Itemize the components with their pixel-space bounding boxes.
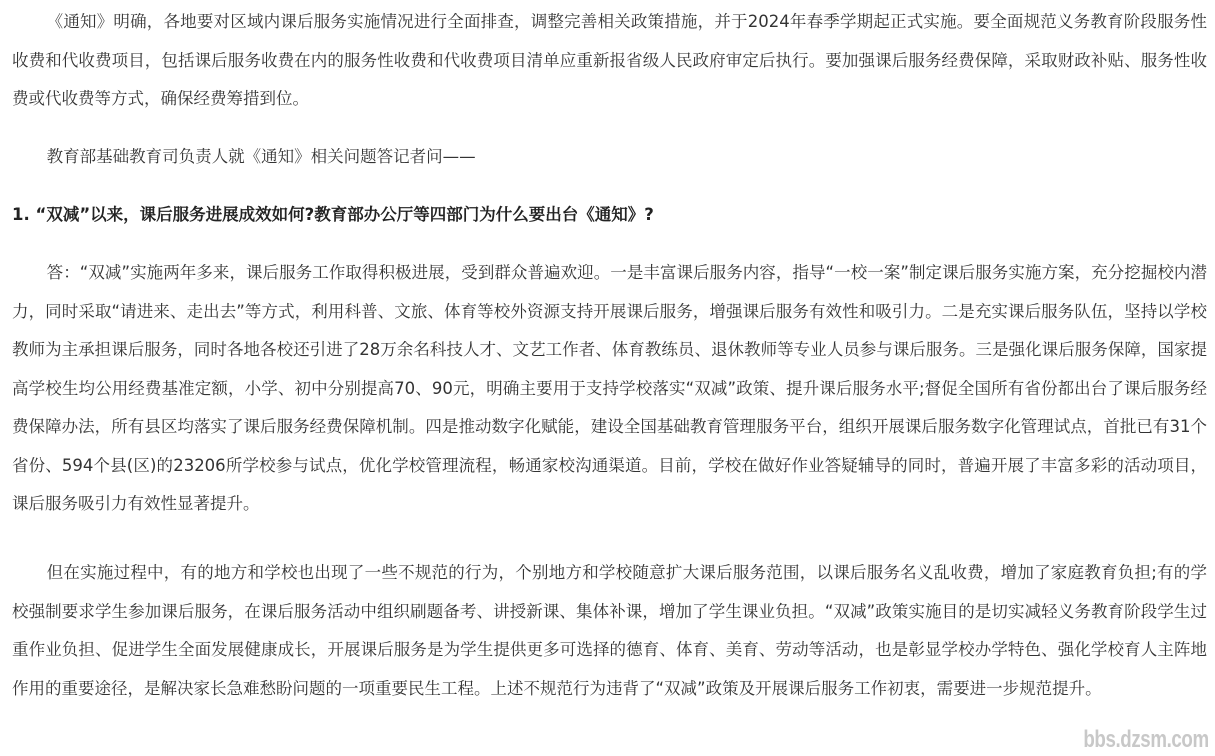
paragraph-interview-intro: 教育部基础教育司负责人就《通知》相关问题答记者问—— (12, 138, 1207, 177)
paragraph-issues: 但在实施过程中，有的地方和学校也出现了一些不规范的行为，个别地方和学校随意扩大课… (12, 554, 1207, 708)
question-heading-1: 1. “双减”以来，课后服务进展成效如何?教育部办公厅等四部门为什么要出台《通知… (12, 196, 1207, 235)
site-watermark: bbs.dzsm.com (1084, 726, 1209, 754)
paragraph-answer-1: 答：“双减”实施两年多来，课后服务工作取得积极进展，受到群众普遍欢迎。一是丰富课… (12, 254, 1207, 524)
paragraph-notice-summary: 《通知》明确，各地要对区域内课后服务实施情况进行全面排查，调整完善相关政策措施，… (12, 3, 1207, 119)
